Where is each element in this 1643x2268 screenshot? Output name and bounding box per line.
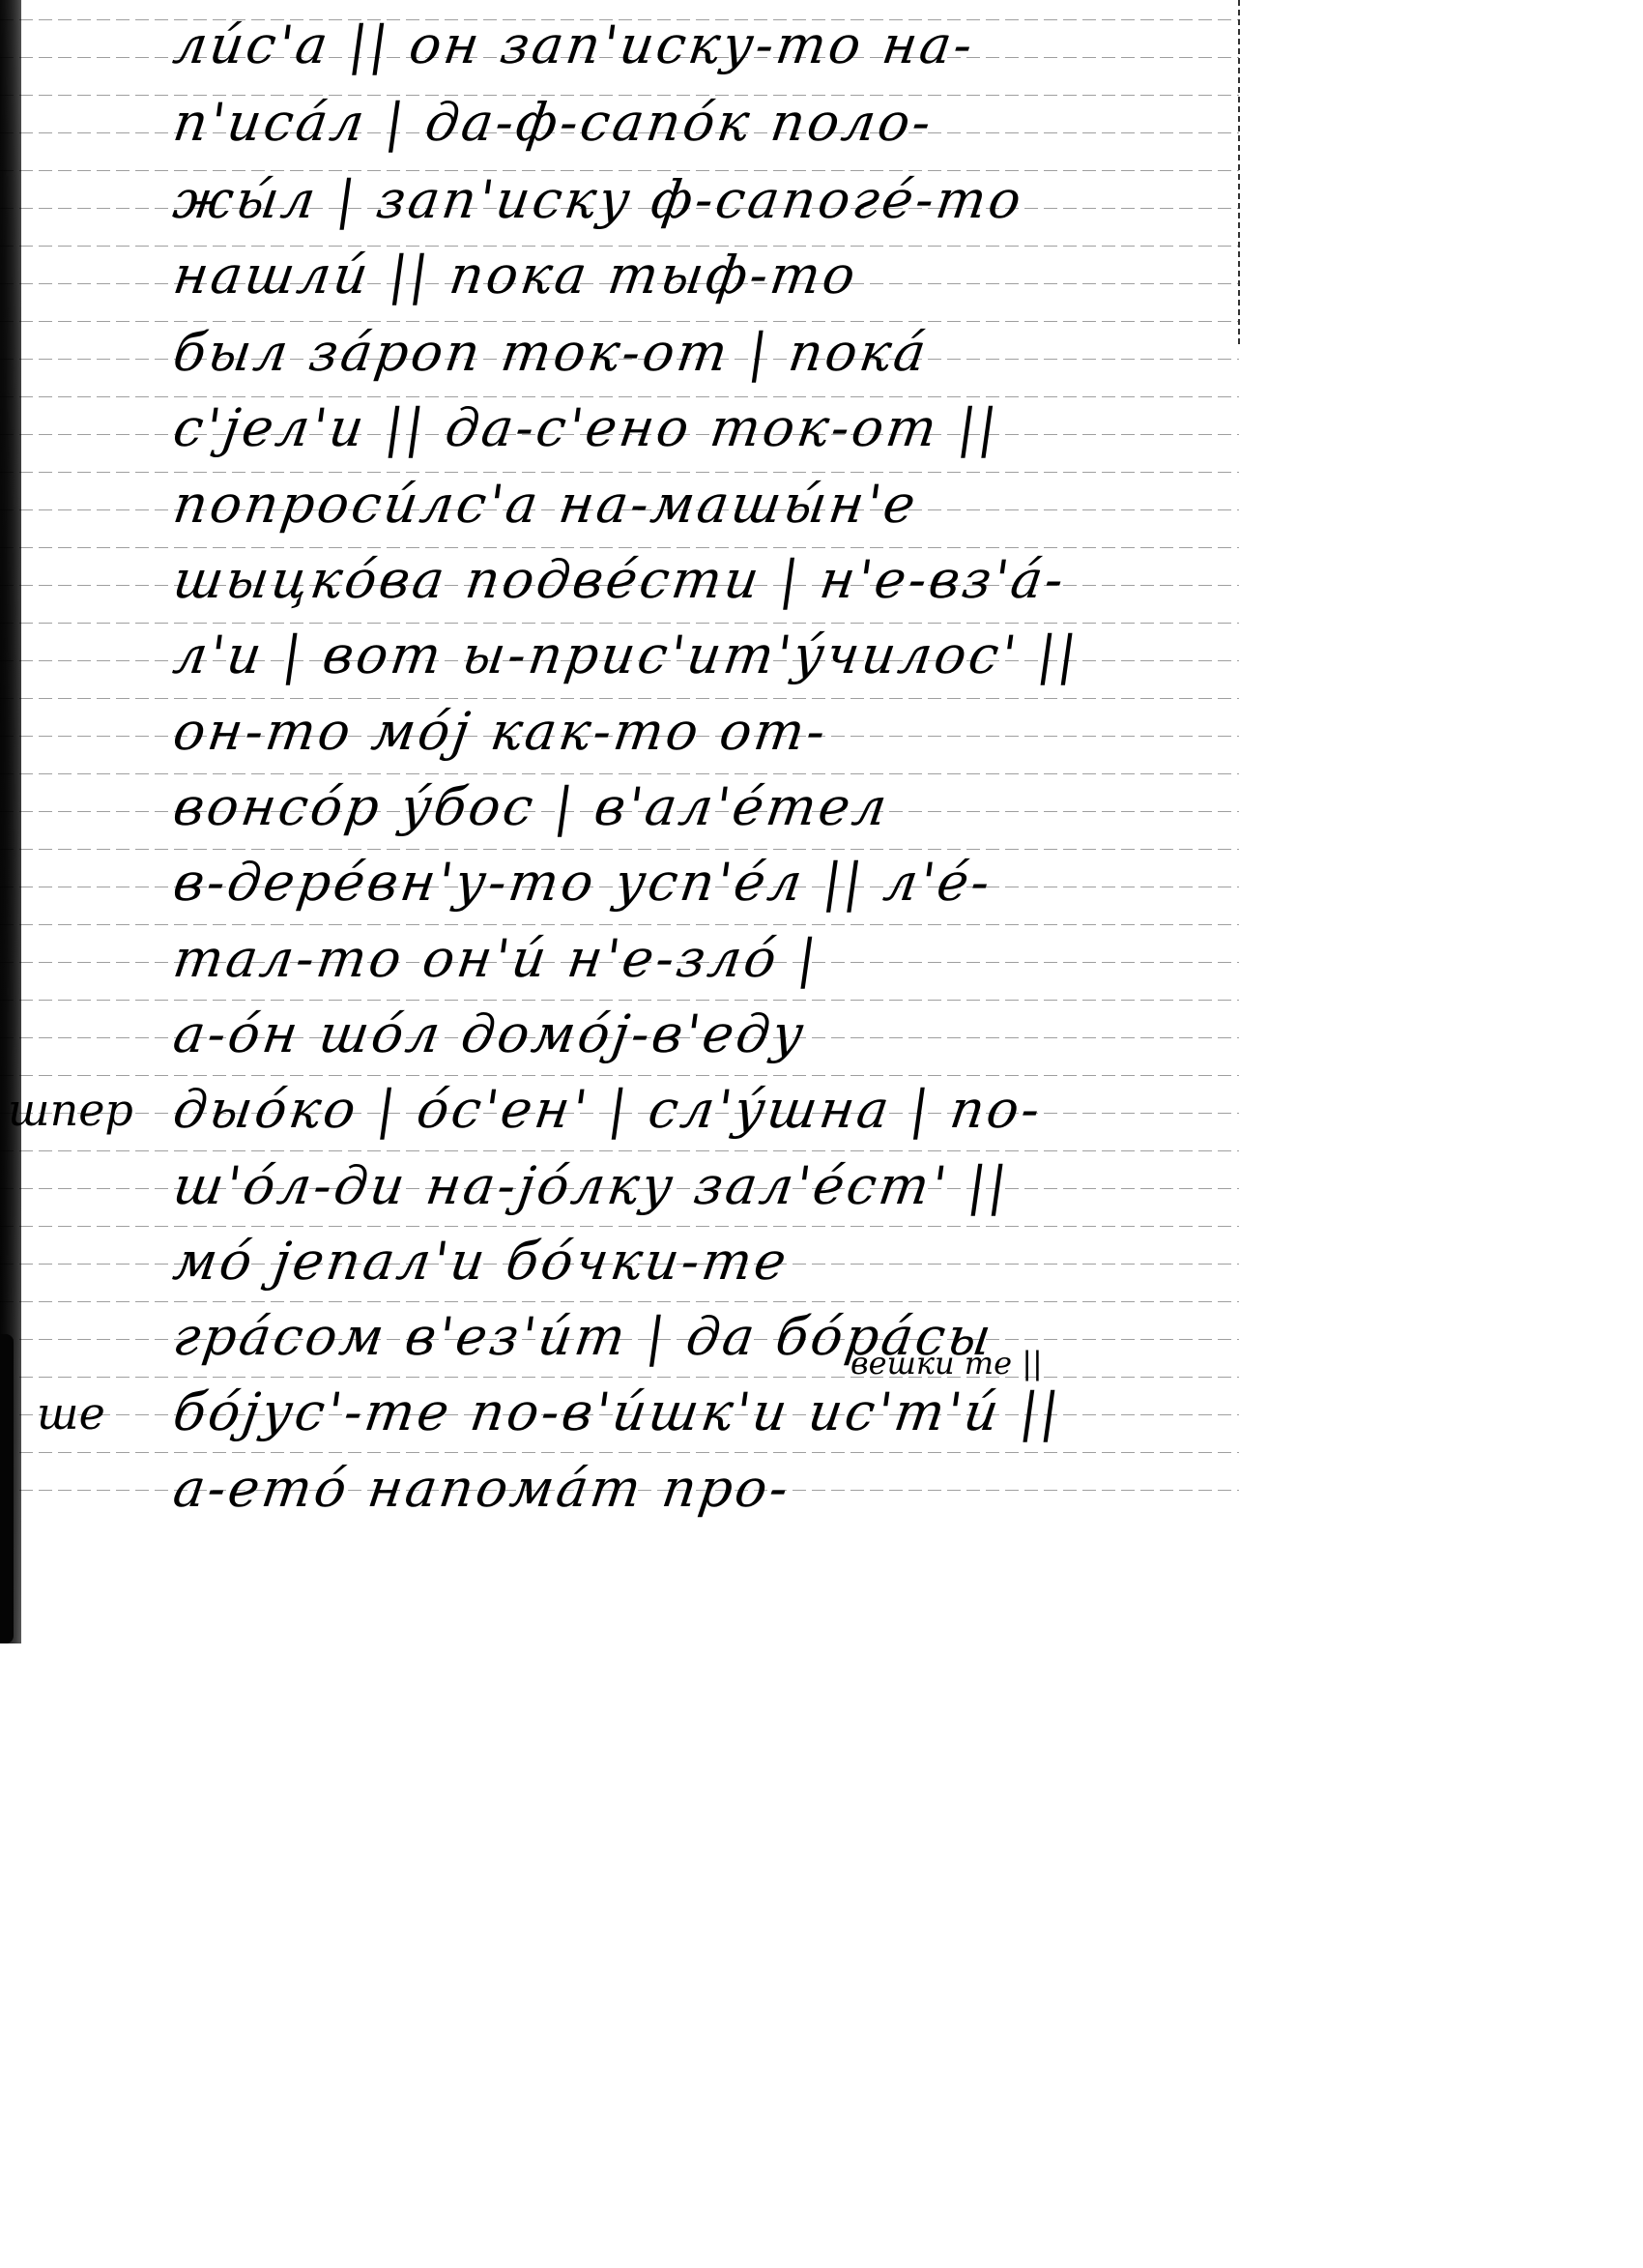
text-line-2: п'иса́л | да-ф-сапо́к поло- bbox=[169, 89, 1252, 157]
text-line-8: шыцко́ва подве́сти | н'е-вз'а́- bbox=[169, 546, 1252, 614]
margin-note-2: ше bbox=[37, 1384, 105, 1442]
text-line-14: а-о́н шо́л домо́ј-в'еду bbox=[169, 1001, 1252, 1068]
text-line-18: гра́сом в'ез'и́т | да бо́ра́сы bbox=[169, 1303, 1252, 1371]
text-line-15: дыо́ко | о́с'ен' | сл'у́шна | по- bbox=[169, 1076, 1252, 1144]
text-line-10: он-то мо́ј как-то от- bbox=[169, 698, 1252, 766]
text-line-7: попроси́лс'а на-машы́н'е bbox=[169, 471, 1252, 538]
text-line-17: мо́ jепал'и бо́чки-те bbox=[169, 1228, 1252, 1295]
text-line-5: был за́роп ток-от | пока́ bbox=[169, 319, 1252, 387]
text-line-1: ли́с'а || он зап'иску-то на- bbox=[169, 12, 1252, 79]
text-line-13: тал-то он'и́ н'е-зло́ | bbox=[169, 925, 1252, 993]
margin-note-1: шпер bbox=[8, 1081, 133, 1139]
text-line-19: бо́јус'-те по-в'и́шк'и ис'т'и́ || bbox=[169, 1379, 1252, 1446]
text-line-12: в-дере́вн'у-то усп'е́л || л'е́- bbox=[169, 849, 1252, 916]
text-line-20: а-ето́ напома́т про- bbox=[169, 1455, 1252, 1523]
text-line-3: жы́л | зап'иску ф-сапоге́-то bbox=[169, 166, 1252, 234]
text-line-16: ш'о́л-ди на-jо́лку зал'е́ст' || bbox=[169, 1152, 1252, 1220]
interlinear-correction: вешки те || bbox=[850, 1346, 1043, 1381]
binding-edge bbox=[0, 1334, 14, 1643]
text-line-11: вонсо́р у́бос | в'ал'е́тел bbox=[169, 773, 1252, 841]
text-line-9: л'и | вот ы-прис'ит'у́чилос' || bbox=[169, 622, 1252, 689]
text-line-6: с'jел'и || да-с'ено ток-от || bbox=[169, 394, 1252, 462]
text-line-4: нашли́ || пока тыф-то bbox=[169, 242, 1252, 309]
scanned-page: ли́с'а || он зап'иску-то на- п'иса́л | д… bbox=[0, 0, 1643, 2268]
